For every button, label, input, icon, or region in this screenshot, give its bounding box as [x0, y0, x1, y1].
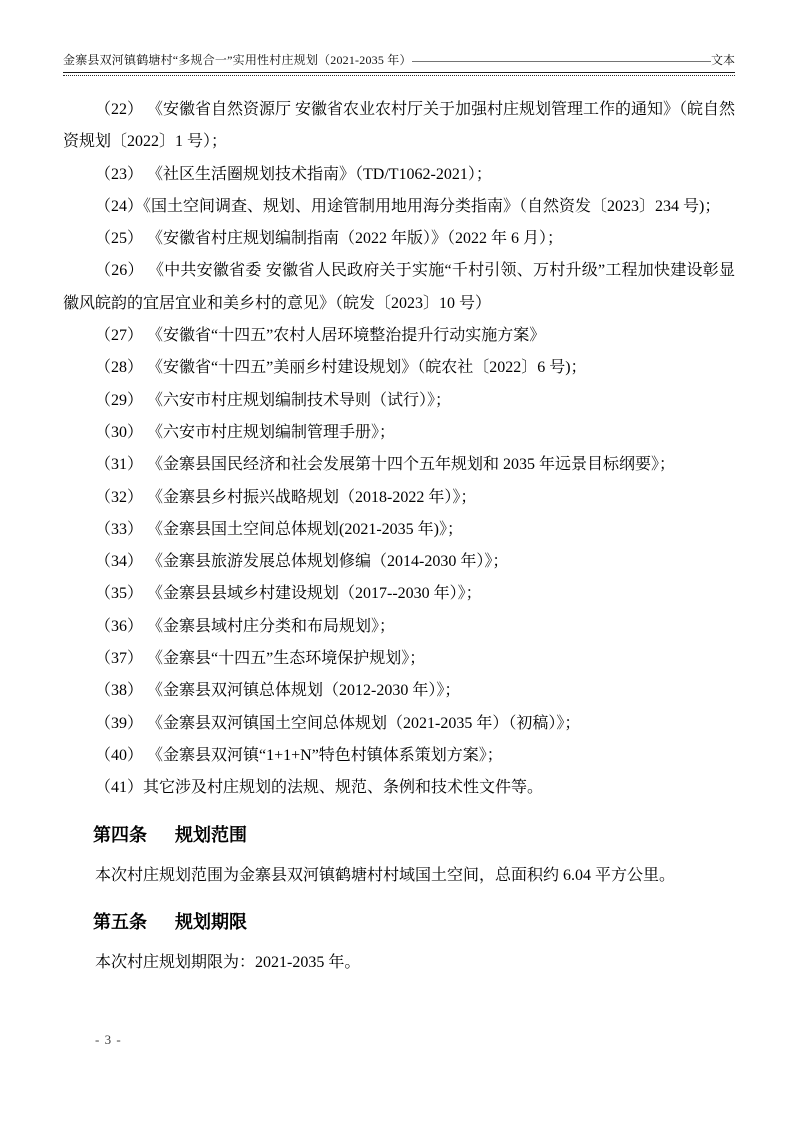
header-leader-dashes: —————————————————————————— [412, 52, 711, 68]
list-item: （34） 《金寨县旅游发展总体规划修编（2014-2030 年）》； [63, 546, 735, 578]
page-number: - 3 - [95, 1032, 122, 1047]
page-footer: - 3 - [95, 1032, 122, 1048]
document-page: 金寨县双河镇鹤塘村“多规合一”实用性村庄规划（2021-2035 年） ————… [0, 0, 793, 1122]
document-body: （22） 《安徽省自然资源厅 安徽省农业农村厅关于加强村庄规划管理工作的通知》（… [63, 94, 735, 979]
list-item: （33） 《金寨县国土空间总体规划(2021-2035 年)》； [63, 514, 735, 546]
list-item: （37） 《金寨县“十四五”生态环境保护规划》； [63, 643, 735, 675]
section-title: 规划期限 [175, 912, 247, 932]
reference-list: （22） 《安徽省自然资源厅 安徽省农业农村厅关于加强村庄规划管理工作的通知》（… [63, 94, 735, 805]
header-rule-dotted [63, 75, 735, 76]
list-item: （41）其它涉及村庄规划的法规、规范、条例和技术性文件等。 [63, 772, 735, 804]
section-heading-article-4: 第四条规划范围 [63, 819, 735, 851]
document-header: 金寨县双河镇鹤塘村“多规合一”实用性村庄规划（2021-2035 年） ————… [63, 52, 735, 76]
list-item: （38） 《金寨县双河镇总体规划（2012-2030 年）》； [63, 675, 735, 707]
list-item: （36） 《金寨县域村庄分类和布局规划》； [63, 611, 735, 643]
list-item: （27） 《安徽省“十四五”农村人居环境整治提升行动实施方案》 [63, 320, 735, 352]
list-item: （32） 《金寨县乡村振兴战略规划（2018-2022 年）》； [63, 482, 735, 514]
section-title: 规划范围 [175, 825, 247, 845]
list-item: （25） 《安徽省村庄规划编制指南（2022 年版）》（2022 年 6 月）； [63, 223, 735, 255]
section-paragraph: 本次村庄规划期限为：2021-2035 年。 [63, 947, 735, 979]
section-number: 第五条 [93, 912, 147, 932]
section-heading-article-5: 第五条规划期限 [63, 906, 735, 938]
header-title: 金寨县双河镇鹤塘村“多规合一”实用性村庄规划（2021-2035 年） [63, 52, 412, 68]
list-item: （30） 《六安市村庄规划编制管理手册》； [63, 417, 735, 449]
list-item: （35） 《金寨县县域乡村建设规划（2017--2030 年）》； [63, 578, 735, 610]
section-number: 第四条 [93, 825, 147, 845]
header-rule-solid [63, 72, 735, 73]
section-paragraph: 本次村庄规划范围为金寨县双河镇鹤塘村村域国土空间，总面积约 6.04 平方公里。 [63, 860, 735, 892]
list-item: （31） 《金寨县国民经济和社会发展第十四个五年规划和 2035 年远景目标纲要… [63, 449, 735, 481]
list-item: （39） 《金寨县双河镇国土空间总体规划（2021-2035 年）（初稿）》； [63, 708, 735, 740]
list-item: （29） 《六安市村庄规划编制技术导则（试行）》； [63, 385, 735, 417]
header-corner-label: 文本 [711, 52, 735, 68]
list-item: （28） 《安徽省“十四五”美丽乡村建设规划》（皖农社〔2022〕6 号)； [63, 352, 735, 384]
list-item: （22） 《安徽省自然资源厅 安徽省农业农村厅关于加强村庄规划管理工作的通知》（… [63, 94, 735, 159]
list-item: （23） 《社区生活圈规划技术指南》（TD/T1062-2021）； [63, 159, 735, 191]
list-item: （26） 《中共安徽省委 安徽省人民政府关于实施“千村引领、万村升级”工程加快建… [63, 255, 735, 320]
list-item: （24）《国土空间调查、规划、用途管制用地用海分类指南》（自然资发〔2023〕2… [63, 191, 735, 223]
list-item: （40） 《金寨县双河镇“1+1+N”特色村镇体系策划方案》； [63, 740, 735, 772]
header-line: 金寨县双河镇鹤塘村“多规合一”实用性村庄规划（2021-2035 年） ————… [63, 52, 735, 68]
